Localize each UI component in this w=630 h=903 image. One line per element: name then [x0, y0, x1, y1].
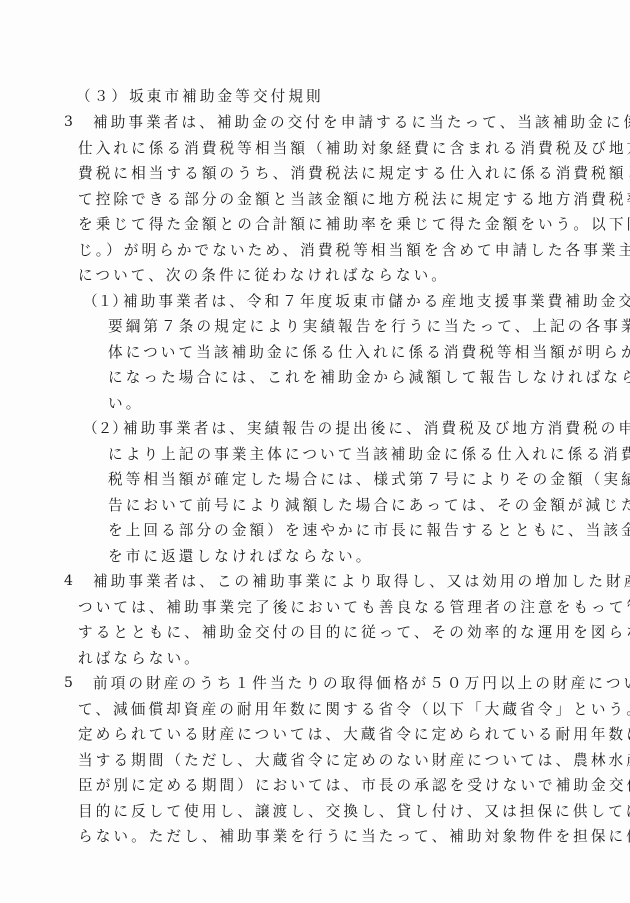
sub-item-line: 補助事業者は、令和７年度坂東市儲かる産地支援事業費補助金交付	[123, 289, 630, 314]
sub-item-line: 要綱第７条の規定により実績報告を行うに当たって、上記の各事業主	[108, 314, 630, 339]
clause-line: 臣が別に定める期間）においては、市長の承認を受けないで補助金交付の	[78, 773, 630, 798]
clause-line: するとともに、補助金交付の目的に従って、その効率的な運用を図らなけ	[78, 620, 630, 645]
sub-item-line: になった場合には、これを補助金から減額して報告しなければならな	[108, 365, 630, 390]
clause-number: 3	[64, 110, 76, 135]
clause-line: 定められている財産については、大蔵省令に定められている耐用年数に相	[78, 722, 630, 747]
document-page: （３）坂東市補助金等交付規則 3 補助事業者は、補助金の交付を申請するに当たって…	[0, 0, 630, 903]
sub-item-line: により上記の事業主体について当該補助金に係る仕入れに係る消費	[108, 442, 630, 467]
clause-line: て、減価償却資産の耐用年数に関する省令（以下「大蔵省令」という。）に	[78, 697, 630, 722]
clause-line: らない。ただし、補助事業を行うに当たって、補助対象物件を担保に供し、	[78, 824, 630, 849]
sub-item-line: 体について当該補助金に係る仕入れに係る消費税等相当額が明らか	[108, 340, 630, 365]
sub-item-label: （１）	[83, 289, 127, 314]
clause-line: 補助事業者は、この補助事業により取得し、又は効用の増加した財産に	[93, 569, 630, 594]
clause-line: 仕入れに係る消費税等相当額（補助対象経費に含まれる消費税及び地方消	[78, 136, 630, 161]
sub-item-line: 補助事業者は、実績報告の提出後に、消費税及び地方消費税の申告	[123, 416, 630, 441]
section-heading: （３）坂東市補助金等交付規則	[76, 84, 324, 109]
clause-line: を乗じて得た金額との合計額に補助率を乗じて得た金額をいう。以下同	[78, 212, 630, 237]
clause-line: 前項の財産のうち１件当たりの取得価格が５０万円以上の財産につい	[93, 671, 630, 696]
sub-item-line: 税等相当額が確定した場合には、様式第７号によりその金額（実績報	[108, 467, 630, 492]
sub-item-line: い。	[108, 391, 143, 416]
clause-line: ついては、補助事業完了後においても善良なる管理者の注意をもって管理	[78, 595, 630, 620]
sub-item-line: を上回る部分の金額）を速やかに市長に報告するとともに、当該金額	[108, 518, 630, 543]
clause-line: について、次の条件に従わなければならない。	[78, 263, 449, 288]
clause-line: ればならない。	[78, 646, 202, 671]
clause-number: 5	[64, 671, 76, 696]
clause-line: じ。）が明らかでないため、消費税等相当額を含めて申請した各事業主体	[78, 238, 630, 263]
clause-line: 目的に反して使用し、譲渡し、交換し、貸し付け、又は担保に供してはな	[78, 799, 630, 824]
sub-item-line: 告において前号により減額した場合にあっては、その金額が減じた額	[108, 493, 630, 518]
clause-line: 当する期間（ただし、大蔵省令に定めのない財産については、農林水産大	[78, 748, 630, 773]
clause-line: 費税に相当する額のうち、消費税法に規定する仕入れに係る消費税額とし	[78, 161, 630, 186]
clause-line: て控除できる部分の金額と当該金額に地方税法に規定する地方消費税率	[78, 187, 630, 212]
clause-number: 4	[64, 569, 76, 594]
clause-line: 補助事業者は、補助金の交付を申請するに当たって、当該補助金に係る	[93, 110, 630, 135]
sub-item-line: を市に返還しなければならない。	[108, 544, 373, 569]
sub-item-label: （２）	[83, 416, 127, 441]
